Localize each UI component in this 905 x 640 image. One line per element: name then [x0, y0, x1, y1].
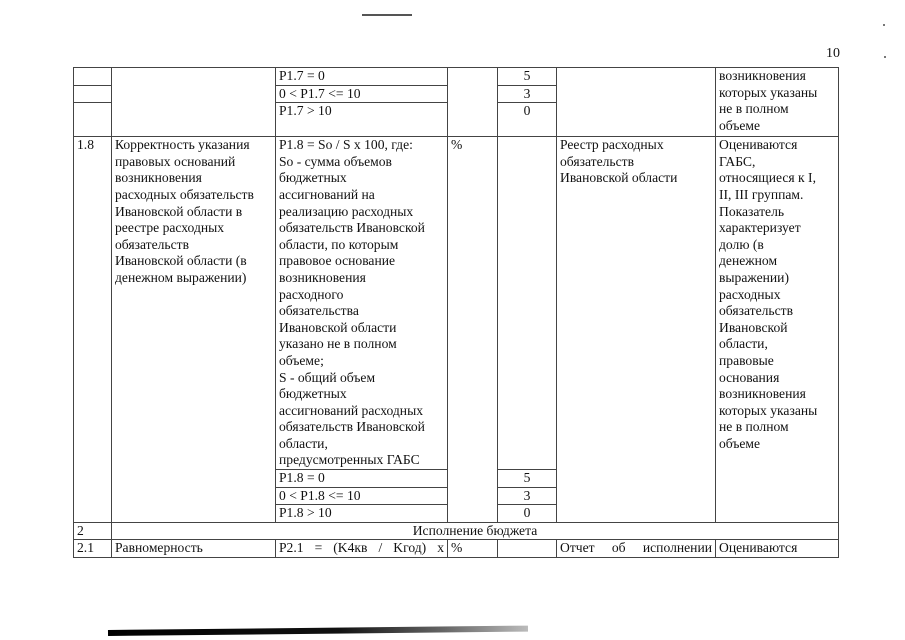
name-line: обязательств [115, 237, 272, 254]
cell-score: 5 [498, 470, 557, 488]
note-line: которых указаны [719, 403, 835, 420]
cell-number [74, 103, 112, 137]
note-line: выражении) [719, 270, 835, 287]
cell-source: Реестр расходных обязательств Ивановской… [557, 137, 716, 523]
cell-formula: P1.8 = 0 [276, 470, 448, 488]
name-line: Ивановской области в [115, 204, 272, 221]
name-line: денежном выражении) [115, 270, 272, 287]
formula-line: P1.8 = So / S x 100, где: [279, 137, 444, 154]
note-line: объеме [719, 118, 835, 135]
note-line: возникновения [719, 68, 835, 85]
note-line: Оцениваются [719, 137, 835, 154]
cell-score: 5 [498, 68, 557, 86]
formula-line: объеме; [279, 353, 444, 370]
note-line: денежном [719, 253, 835, 270]
name-line: расходных обязательств [115, 187, 272, 204]
source-line: обязательств [560, 154, 712, 171]
formula-line: ассигнований расходных [279, 403, 444, 420]
formula-line: бюджетных [279, 386, 444, 403]
cell-number: 1.8 [74, 137, 112, 523]
formula-line: ассигнований на [279, 187, 444, 204]
cell-score: 0 [498, 103, 557, 137]
note-line: обязательств [719, 303, 835, 320]
table-row: P1.7 = 0 5 возникновения которых указаны… [74, 68, 839, 86]
formula-line: S - общий объем [279, 370, 444, 387]
formula-line: возникновения [279, 270, 444, 287]
section-title: Исполнение бюджета [112, 522, 839, 540]
cell-formula: 0 < P1.7 <= 10 [276, 85, 448, 103]
scan-artifact-dot [884, 56, 886, 58]
cell-formula: P2.1 = (K4кв / Kгод) x [276, 540, 448, 558]
indicators-table: P1.7 = 0 5 возникновения которых указаны… [73, 67, 839, 558]
cell-score: 3 [498, 487, 557, 505]
cell-score: 0 [498, 505, 557, 523]
formula-line: указано не в полном [279, 336, 444, 353]
page-number: 10 [826, 46, 840, 62]
note-line: не в полном [719, 101, 835, 118]
cell-unit: % [448, 540, 498, 558]
cell-source [557, 68, 716, 137]
scan-artifact-top-line [362, 14, 412, 16]
cell-score [498, 137, 557, 470]
cell-number: 2.1 [74, 540, 112, 558]
note-line: не в полном [719, 419, 835, 436]
cell-source: Отчет об исполнении [557, 540, 716, 558]
note-line: Показатель [719, 204, 835, 221]
note-line: области, [719, 336, 835, 353]
table-row-2-1: 2.1 Равномерность P2.1 = (K4кв / Kгод) x… [74, 540, 839, 558]
formula-line: реализацию расходных [279, 204, 444, 221]
formula-line: правовое основание [279, 253, 444, 270]
name-line: возникновения [115, 170, 272, 187]
note-line: характеризует [719, 220, 835, 237]
formula-line: бюджетных [279, 170, 444, 187]
note-line: правовые [719, 353, 835, 370]
name-line: правовых оснований [115, 154, 272, 171]
formula-line: So - сумма объемов [279, 154, 444, 171]
cell-unit: % [448, 137, 498, 523]
note-line: ГАБС, [719, 154, 835, 171]
scan-artifact-dot [883, 24, 885, 26]
source-line: Ивановской области [560, 170, 712, 187]
formula-line: обязательств Ивановской [279, 220, 444, 237]
section-row: 2 Исполнение бюджета [74, 522, 839, 540]
note-line: которых указаны [719, 85, 835, 102]
source-line: Реестр расходных [560, 137, 712, 154]
cell-name [112, 68, 276, 137]
formula-line: Ивановской области [279, 320, 444, 337]
cell-name: Корректность указания правовых оснований… [112, 137, 276, 523]
name-line: Корректность указания [115, 137, 272, 154]
note-line: возникновения [719, 386, 835, 403]
note-line: долю (в [719, 237, 835, 254]
table-row-1-8: 1.8 Корректность указания правовых основ… [74, 137, 839, 470]
cell-formula: P1.7 = 0 [276, 68, 448, 86]
section-number: 2 [74, 522, 112, 540]
name-line: реестре расходных [115, 220, 272, 237]
note-line: относящиеся к I, [719, 170, 835, 187]
cell-note: Оцениваются ГАБС, относящиеся к I, II, I… [716, 137, 839, 523]
formula-line: области, по которым [279, 237, 444, 254]
formula-line: области, [279, 436, 444, 453]
cell-number [74, 85, 112, 103]
cell-name: Равномерность [112, 540, 276, 558]
formula-line: предусмотренных ГАБС [279, 452, 444, 469]
formula-line: расходного [279, 287, 444, 304]
cell-formula: P1.8 > 10 [276, 505, 448, 523]
cell-number [74, 68, 112, 86]
note-line: объеме [719, 436, 835, 453]
scan-artifact-bottom-bar [108, 626, 528, 636]
cell-formula: P1.7 > 10 [276, 103, 448, 137]
cell-formula: P1.8 = So / S x 100, где: So - сумма объ… [276, 137, 448, 470]
formula-line: обязательства [279, 303, 444, 320]
cell-score: 3 [498, 85, 557, 103]
cell-score [498, 540, 557, 558]
note-line: расходных [719, 287, 835, 304]
cell-unit [448, 68, 498, 137]
cell-note: возникновения которых указаны не в полно… [716, 68, 839, 137]
formula-line: обязательств Ивановской [279, 419, 444, 436]
name-line: Ивановской области (в [115, 253, 272, 270]
cell-formula: 0 < P1.8 <= 10 [276, 487, 448, 505]
note-line: Ивановской [719, 320, 835, 337]
cell-note: Оцениваются [716, 540, 839, 558]
note-line: II, III группам. [719, 187, 835, 204]
note-line: основания [719, 370, 835, 387]
